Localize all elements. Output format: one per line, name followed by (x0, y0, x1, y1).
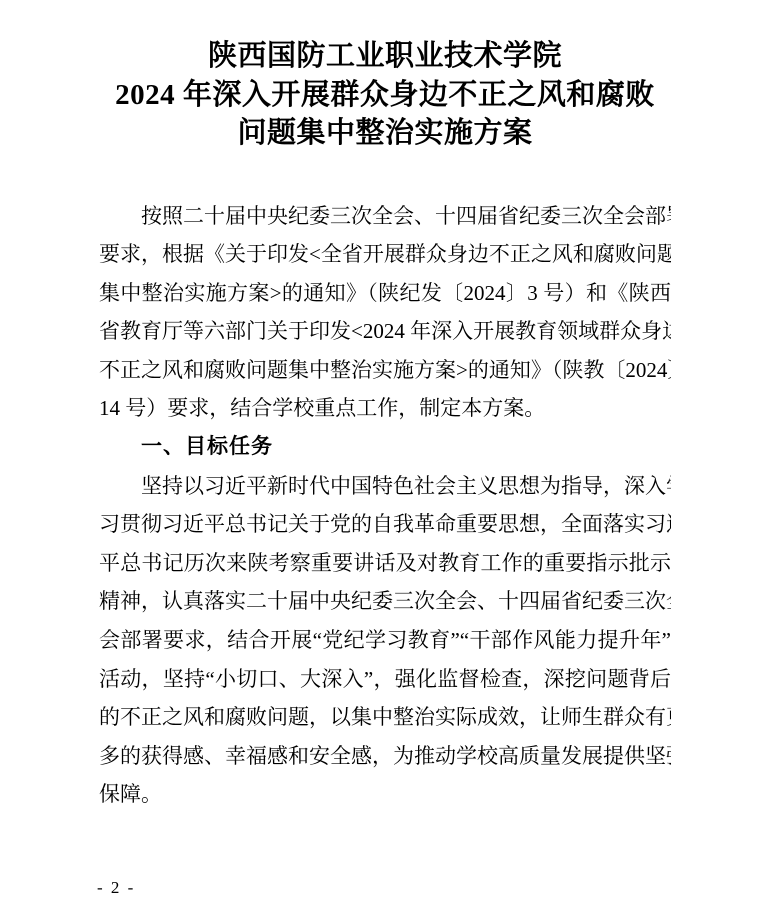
paragraph-1-line: 省教育厅等六部门关于印发<2024 年深入开展教育领域群众身边 (99, 312, 671, 351)
paragraph-2: 坚持以习近平新时代中国特色社会主义思想为指导，深入学 习贯彻习近平总书记关于党的… (99, 467, 671, 814)
paragraph-2-line: 保障。 (99, 775, 671, 814)
paragraph-1-line: 集中整治实施方案>的通知》（陕纪发〔2024〕3 号）和《陕西 (99, 274, 671, 313)
paragraph-2-line: 活动，坚持“小切口、大深入”，强化监督检查，深挖问题背后 (99, 660, 671, 699)
paragraph-2-line: 坚持以习近平新时代中国特色社会主义思想为指导，深入学 (99, 467, 671, 506)
title-line-1: 陕西国防工业职业技术学院 (99, 37, 671, 76)
paragraph-2-line: 平总书记历次来陕考察重要讲话及对教育工作的重要指示批示 (99, 544, 671, 583)
paragraph-1-line: 14 号）要求，结合学校重点工作，制定本方案。 (99, 389, 671, 428)
page-number: - 2 - (97, 878, 135, 898)
document-body: 按照二十届中央纪委三次全会、十四届省纪委三次全会部署 要求，根据《关于印发<全省… (99, 197, 671, 815)
paragraph-1-line: 不正之风和腐败问题集中整治实施方案>的通知》（陕教〔2024〕 (99, 351, 671, 390)
paragraph-2-line: 会部署要求，结合开展“党纪学习教育”“干部作风能力提升年” (99, 621, 671, 660)
section-heading-goals: 一、目标任务 (99, 428, 671, 467)
title-line-2: 2024 年深入开展群众身边不正之风和腐败 (99, 76, 671, 115)
paragraph-2-line: 多的获得感、幸福感和安全感，为推动学校高质量发展提供坚强 (99, 737, 671, 776)
title-line-3: 问题集中整治实施方案 (99, 114, 671, 153)
paragraph-1: 按照二十届中央纪委三次全会、十四届省纪委三次全会部署 要求，根据《关于印发<全省… (99, 197, 671, 429)
paragraph-2-line: 习贯彻习近平总书记关于党的自我革命重要思想，全面落实习近 (99, 505, 671, 544)
paragraph-1-line: 按照二十届中央纪委三次全会、十四届省纪委三次全会部署 (99, 197, 671, 236)
document-title: 陕西国防工业职业技术学院 2024 年深入开展群众身边不正之风和腐败 问题集中整… (99, 0, 671, 153)
paragraph-2-line: 精神，认真落实二十届中央纪委三次全会、十四届省纪委三次全 (99, 582, 671, 621)
paragraph-1-line: 要求，根据《关于印发<全省开展群众身边不正之风和腐败问题 (99, 235, 671, 274)
document-content: 陕西国防工业职业技术学院 2024 年深入开展群众身边不正之风和腐败 问题集中整… (99, 0, 671, 814)
paragraph-2-line: 的不正之风和腐败问题，以集中整治实际成效，让师生群众有更 (99, 698, 671, 737)
document-page: 陕西国防工业职业技术学院 2024 年深入开展群众身边不正之风和腐败 问题集中整… (0, 0, 770, 908)
